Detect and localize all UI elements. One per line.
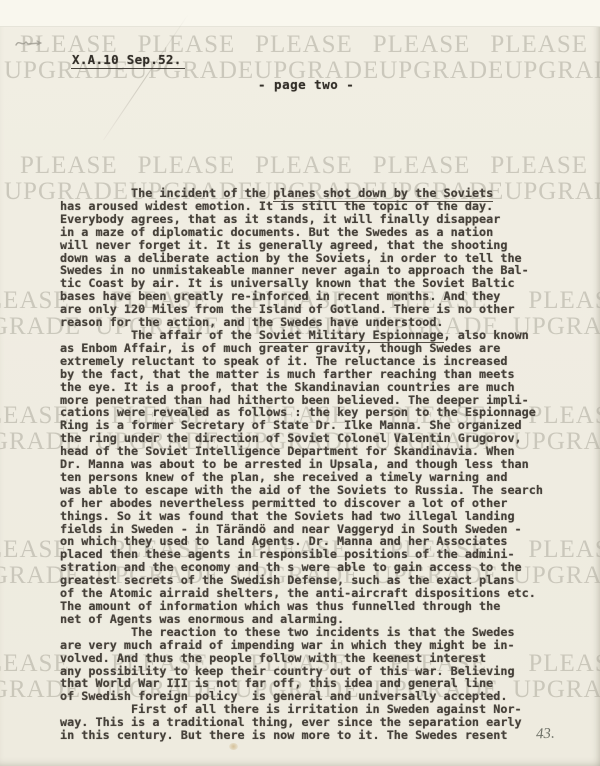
text-segment: in this century. But there is now more t…: [60, 728, 507, 742]
text-segment: of her abodes nevertheless permitted to …: [60, 496, 507, 510]
pencil-mark-icon: [13, 36, 47, 50]
stain-spot: [229, 743, 238, 750]
text-segment: Everybody agrees, that as it stands, it …: [60, 212, 500, 226]
document-date: X.A.10 Sep.52.: [71, 52, 185, 69]
text-segment: has aroused widest emotion. It is still …: [60, 199, 493, 213]
text-segment: volved. And thus the people follow with …: [60, 651, 486, 665]
text-segment: Dr. Manna was about to be arrested in Up…: [60, 457, 529, 471]
text-segment: ten persons knew of the plan, she receiv…: [60, 470, 507, 484]
watermark-word: PLEASE: [373, 32, 471, 57]
watermark-word: UPGRADE: [379, 58, 504, 83]
text-segment: extremely reluctant to speak of it. The …: [60, 354, 507, 368]
paper-top-edge: [0, 0, 600, 27]
watermark-word: PLEASE: [255, 153, 353, 178]
watermark-word: PLEASE: [490, 32, 588, 57]
watermark-word: PLEASE: [373, 153, 471, 178]
text-segment: The reaction to these two incidents is t…: [60, 625, 515, 639]
text-segment: reason for the action, and the Swedes ha…: [60, 315, 444, 329]
text-segment: The amount of information which was thus…: [60, 599, 500, 613]
page-label: - page two -: [258, 77, 354, 92]
text-segment: the eye. It is a proof, that the Skandin…: [60, 380, 515, 394]
text-segment: things. So it was found that the Soviets…: [60, 509, 515, 523]
watermark-word: UPGRADE: [504, 58, 600, 83]
watermark-word: PLEASE: [20, 153, 118, 178]
text-segment: net of Agents was enormous and alarming.: [60, 612, 344, 626]
document-scan: PLEASEPLEASEPLEASEPLEASEPLEASEUPGRADEUPG…: [0, 0, 600, 766]
text-segment: , also known: [444, 328, 529, 342]
text-segment: The incident of the: [60, 186, 273, 200]
text-line: in this century. But there is now more t…: [60, 729, 543, 742]
watermark-word: PLEASE: [138, 153, 236, 178]
text-segment: as Enbom Affair, is of much greater grav…: [60, 341, 500, 355]
text-segment: by the fact, that the matter is much far…: [60, 367, 515, 381]
text-segment: are very much afraid of impending war in…: [60, 638, 515, 652]
text-segment: was able to escape with the aid of the S…: [60, 483, 543, 497]
text-segment: of the Atomic airraid shelters, the anti…: [60, 586, 536, 600]
handwritten-page-number: 43.: [536, 726, 556, 744]
watermark-word: PLEASE: [255, 32, 353, 57]
watermark-row: PLEASEPLEASEPLEASEPLEASEPLEASE: [0, 153, 600, 178]
text-segment: The affair of the: [60, 328, 259, 342]
text-segment: in a maze of diplomatic documents. But t…: [60, 225, 493, 239]
watermark-word: PLEASE: [490, 153, 588, 178]
document-body: The incident of the planes shot down by …: [60, 187, 543, 742]
text-segment: will never forget it. It is generally ag…: [60, 238, 507, 252]
scratch-artifact: [103, 14, 189, 141]
